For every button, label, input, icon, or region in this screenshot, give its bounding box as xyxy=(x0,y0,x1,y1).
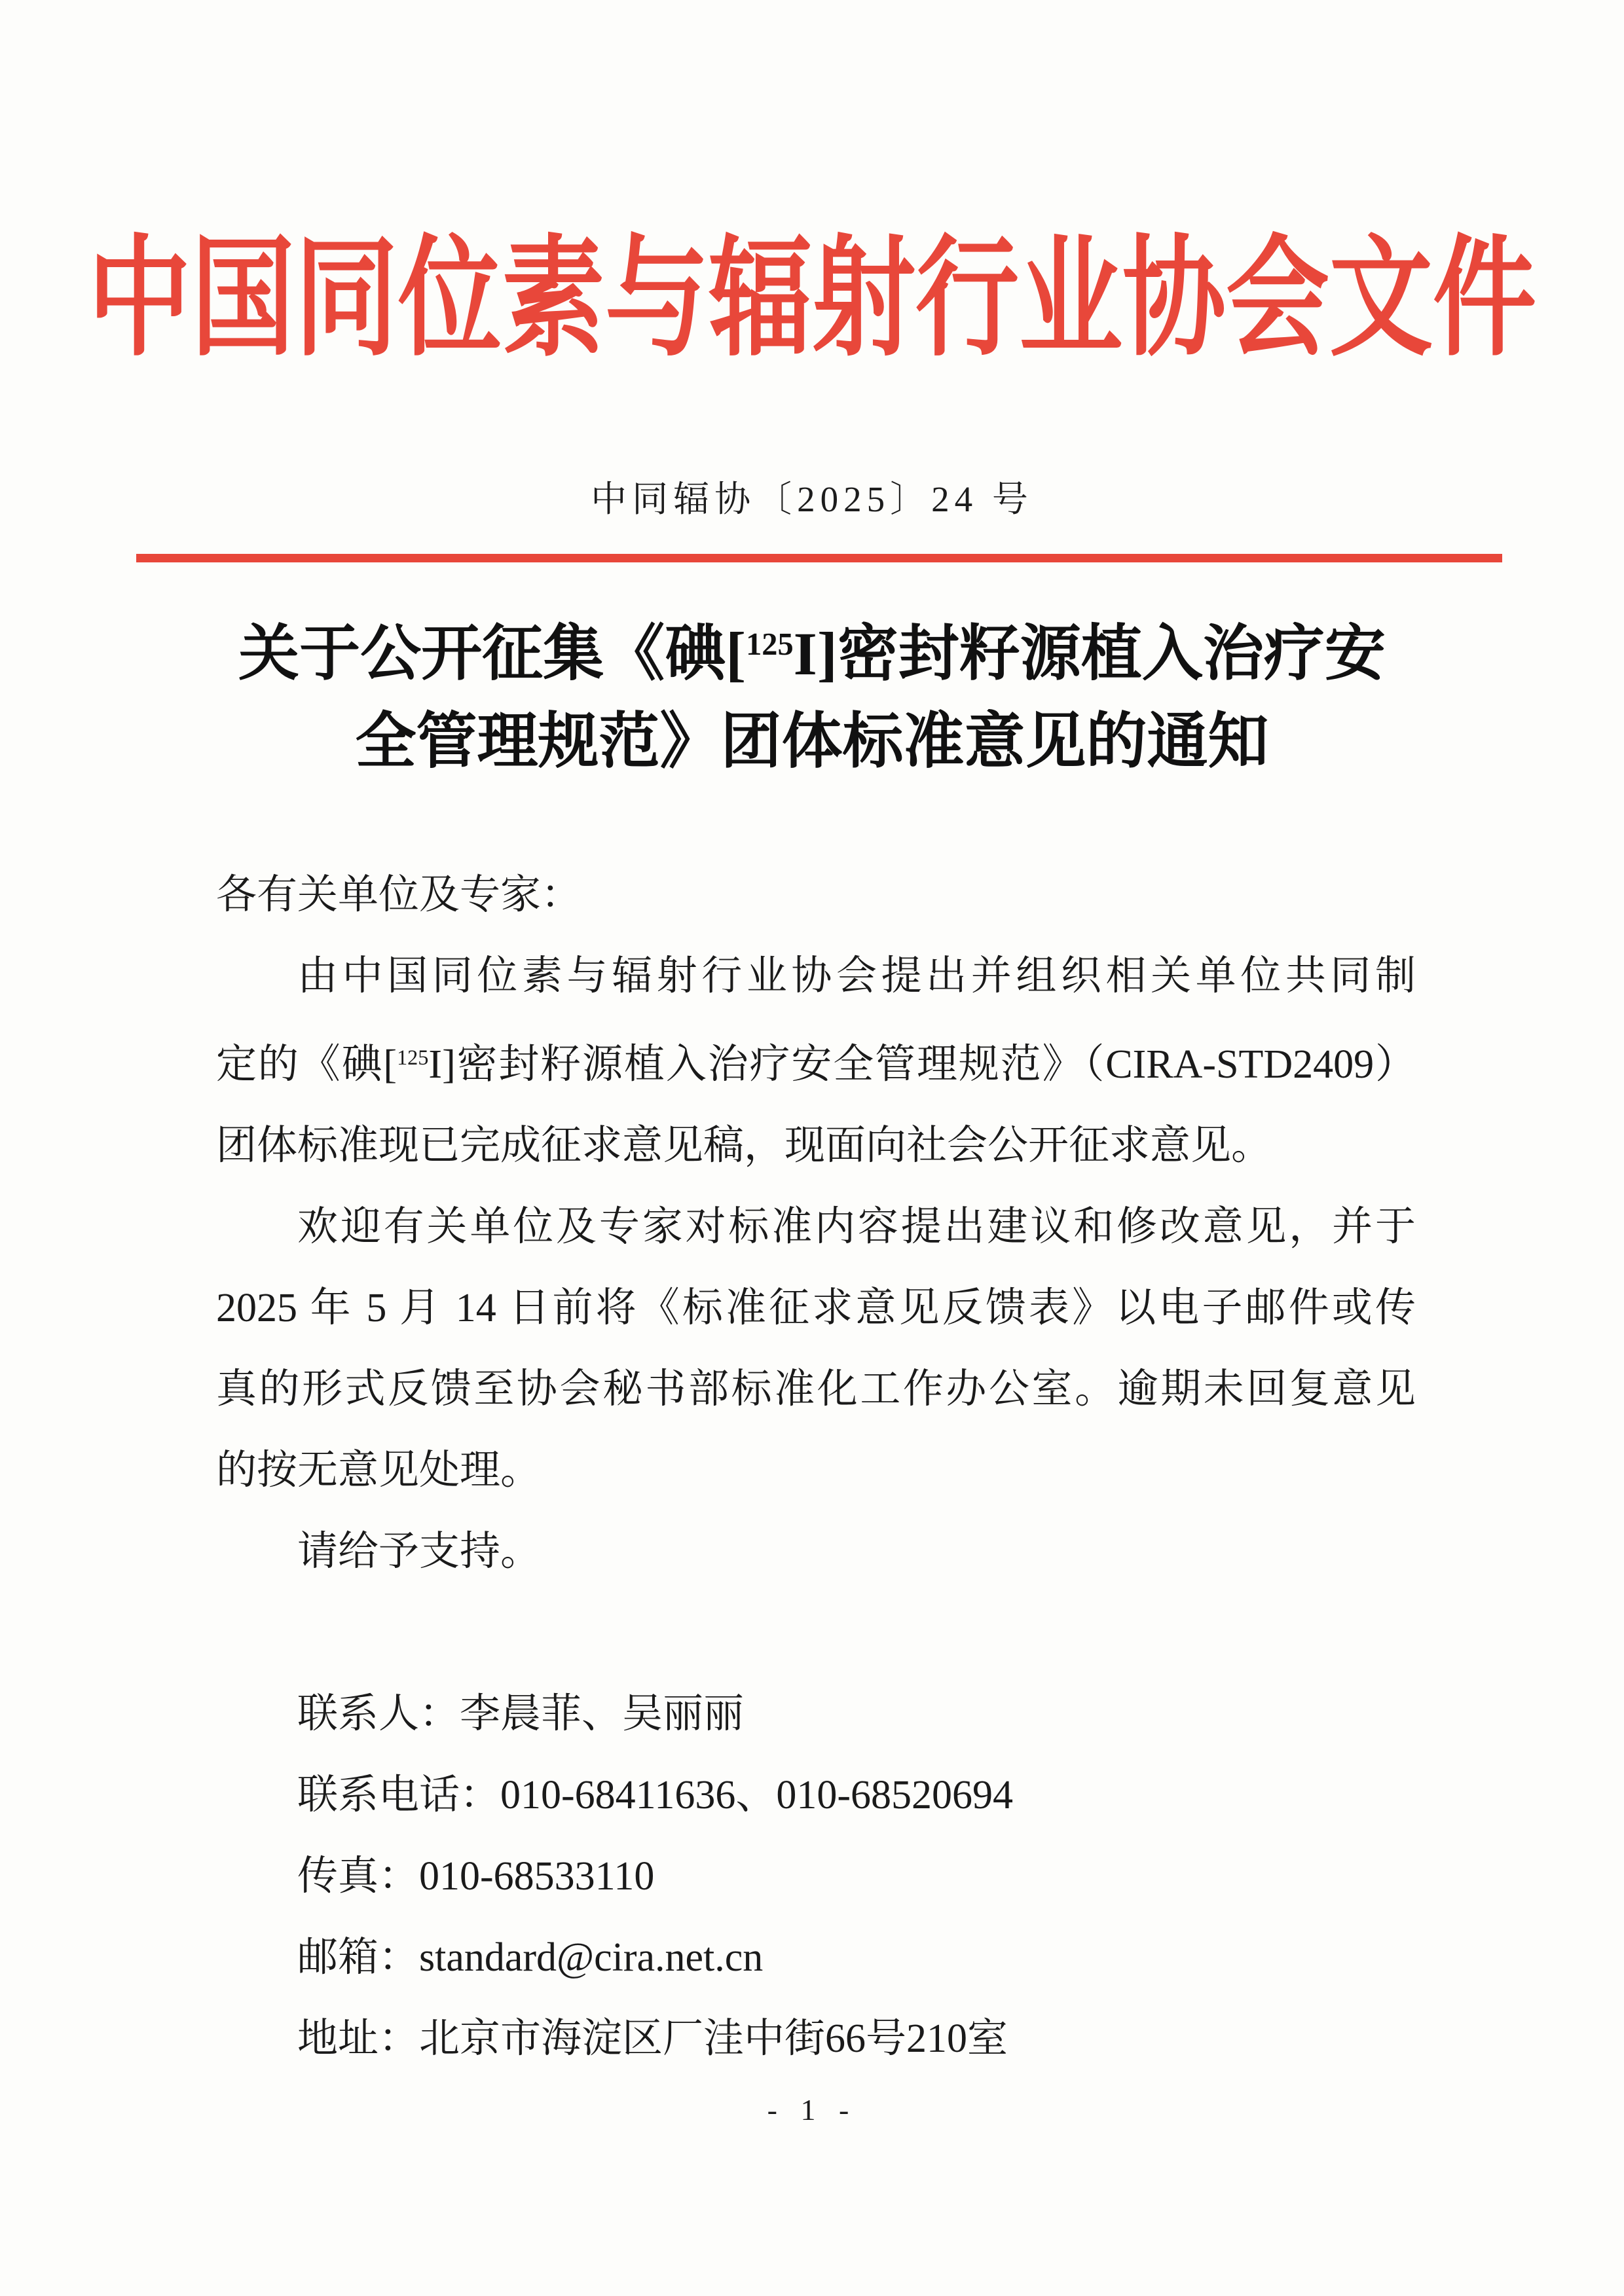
para1-line3: 团体标准现已完成征求意见稿，现面向社会公开征求意见。 xyxy=(216,1105,1416,1186)
para2-line2: 2025 年 5 月 14 日前将《标准征求意见反馈表》以电子邮件或传 xyxy=(216,1267,1416,1349)
title-isotope-superscript: 125 xyxy=(746,627,794,662)
red-divider-rule xyxy=(136,554,1502,562)
contact-person-line: 联系人：李晨菲、吴丽丽 xyxy=(216,1673,1416,1755)
doc-number: 中同辐协〔2025〕24 号 xyxy=(0,470,1624,522)
notice-title-line2: 全管理规范》团体标准意见的通知 xyxy=(0,699,1624,786)
para3-line: 请给予支持。 xyxy=(216,1511,1416,1592)
contact-email-line: 邮箱：standard@cira.net.cn xyxy=(216,1917,1416,1998)
title-line1-post: I]密封籽源植入治疗安 xyxy=(794,621,1386,688)
body-text: 各有关单位及专家： 由中国同位素与辐射行业协会提出并组织相关单位共同制 定的《碘… xyxy=(216,854,1416,2079)
para2-line3: 真的形式反馈至协会秘书部标准化工作办公室。逾期未回复意见 xyxy=(216,1349,1416,1430)
notice-title-line1: 关于公开征集《碘[125I]密封籽源植入治疗安 xyxy=(0,601,1624,699)
page-number: - 1 - xyxy=(0,2092,1624,2127)
salutation-line: 各有关单位及专家： xyxy=(216,854,1416,936)
contact-fax-line: 传真：010-68533110 xyxy=(216,1836,1416,1917)
para2-line1: 欢迎有关单位及专家对标准内容提出建议和修改意见，并于 xyxy=(216,1186,1416,1267)
body-isotope-superscript: 125 xyxy=(397,1046,428,1069)
notice-title: 关于公开征集《碘[125I]密封籽源植入治疗安 全管理规范》团体标准意见的通知 xyxy=(0,601,1624,786)
document-page: 中国同位素与辐射行业协会文件 中同辐协〔2025〕24 号 关于公开征集《碘[1… xyxy=(0,0,1624,2296)
contact-address-line: 地址：北京市海淀区厂洼中街66号210室 xyxy=(216,1998,1416,2079)
para1-line2-pre: 定的《碘[ xyxy=(216,1042,397,1087)
para1-line1: 由中国同位素与辐射行业协会提出并组织相关单位共同制 xyxy=(216,936,1416,1017)
blank-line-spacer xyxy=(216,1592,1416,1673)
para1-line2: 定的《碘[125I]密封籽源植入治疗安全管理规范》（CIRA-STD2409） xyxy=(216,1017,1416,1105)
contact-phone-line: 联系电话：010-68411636、010-68520694 xyxy=(216,1755,1416,1836)
org-header-title: 中国同位素与辐射行业协会文件 xyxy=(0,194,1624,381)
title-line1-pre: 关于公开征集《碘[ xyxy=(238,621,746,688)
para2-line4: 的按无意见处理。 xyxy=(216,1430,1416,1511)
para1-line2-post: I]密封籽源植入治疗安全管理规范》（CIRA-STD2409） xyxy=(428,1042,1416,1087)
